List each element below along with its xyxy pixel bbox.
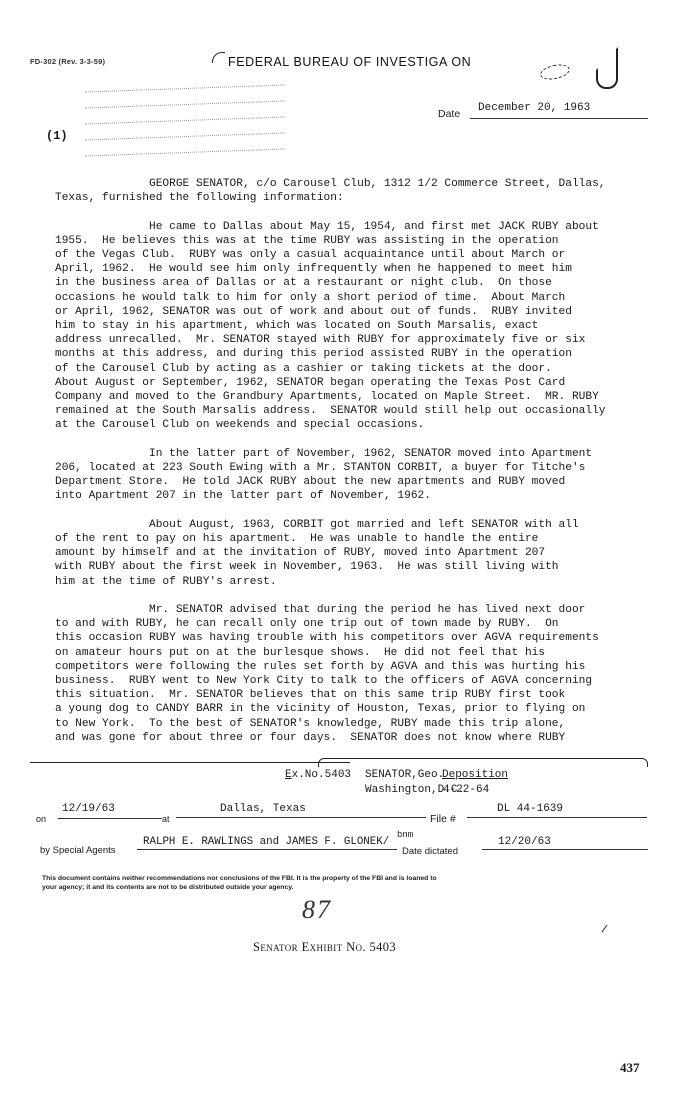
page-number: 437: [620, 1060, 640, 1076]
document-body: GEORGE SENATOR, c/o Carousel Club, 1312 …: [55, 177, 655, 759]
paragraph: In the latter part of November, 1962, SE…: [55, 447, 655, 504]
handwriting-stroke: [85, 149, 285, 158]
text-line: and was gone for about three or four day…: [55, 731, 655, 745]
location-value: Dallas, Texas: [176, 803, 426, 818]
agency-seal-arc: [212, 52, 225, 63]
text-line: at the Carousel Club on weekends and spe…: [55, 418, 655, 432]
paragraph: Mr. SENATOR advised that during the peri…: [55, 603, 655, 745]
text-line: to and with RUBY, he can recall only one…: [55, 617, 655, 631]
section-marker: (1): [46, 129, 68, 143]
agents-label: by Special Agents: [40, 845, 116, 856]
text-line: GEORGE SENATOR, c/o Carousel Club, 1312 …: [55, 177, 655, 191]
handwriting-stroke: [85, 85, 285, 94]
handwriting-stroke: [85, 117, 285, 126]
text-line: of the rent to pay on his apartment. He …: [55, 532, 655, 546]
exhibit-witness: SENATOR,Geo.: [365, 769, 444, 781]
disclaimer-line: This document contains neither recommend…: [42, 874, 682, 883]
text-line: business. RUBY went to New York City to …: [55, 674, 655, 688]
disclaimer-line: your agency; it and its contents are not…: [42, 883, 682, 892]
text-line: with RUBY about the first week in Novemb…: [55, 560, 655, 574]
form-id: FD-302 (Rev. 3-3-59): [30, 57, 105, 66]
text-line: Mr. SENATOR advised that during the peri…: [55, 603, 655, 617]
date-value: December 20, 1963: [470, 102, 648, 119]
text-line: April, 1962. He would see him only infre…: [55, 262, 655, 276]
date-label: Date: [438, 108, 460, 120]
text-line: In the latter part of November, 1962, SE…: [55, 447, 655, 461]
exhibit-number: Ex.No.5403: [285, 769, 351, 782]
text-line: He came to Dallas about May 15, 1954, an…: [55, 220, 655, 234]
handwritten-page-number: 87: [302, 895, 332, 925]
text-line: this situation. Mr. SENATOR believes tha…: [55, 688, 655, 702]
text-line: Department Store. He told JACK RUBY abou…: [55, 475, 655, 489]
interview-date-value: 12/19/63: [58, 803, 162, 819]
text-line: Texas, furnished the following informati…: [55, 191, 655, 205]
text-line: About August, 1963, CORBIT got married a…: [55, 518, 655, 532]
text-line: in the business area of Dallas or at a r…: [55, 276, 655, 290]
text-line: on amateur hours put on at the burlesque…: [55, 646, 655, 660]
text-line: to New York. To the best of SENATOR's kn…: [55, 717, 655, 731]
file-number-label: File #: [430, 813, 456, 825]
paragraph: About August, 1963, CORBIT got married a…: [55, 518, 655, 589]
text-line: About August or September, 1962, SENATOR…: [55, 376, 655, 390]
text-line: a young dog to CANDY BARR in the vicinit…: [55, 702, 655, 716]
text-line: remained at the South Marsalis address. …: [55, 404, 655, 418]
agents-value: RALPH E. RAWLINGS and JAMES F. GLONEK/: [137, 836, 397, 850]
pen-mark: [602, 925, 608, 933]
typist-initials: bnm: [397, 830, 413, 840]
handwritten-oval-mark: [539, 62, 571, 82]
date-dictated-value: 12/20/63: [482, 836, 648, 850]
file-number-value: DL 44-1639: [467, 803, 647, 818]
text-line: amount by himself and at the invitation …: [55, 546, 655, 560]
handwriting-stroke: [85, 101, 285, 110]
location-label: at: [162, 814, 170, 824]
text-line: into Apartment 207 in the latter part of…: [55, 489, 655, 503]
text-line: him to stay in his apartment, which was …: [55, 319, 655, 333]
text-line: months at this address, and during this …: [55, 347, 655, 361]
section-divider: [30, 762, 350, 763]
exhibit-caption: Senator Exhibit No. 5403: [253, 940, 396, 955]
exhibit-date: 4-22-64: [443, 784, 489, 796]
date-dictated-label: Date dictated: [402, 846, 458, 857]
text-line: of the Vegas Club. RUBY was only a casua…: [55, 248, 655, 262]
handwritten-annotation: [85, 74, 285, 168]
exhibit-type: Deposition: [442, 769, 508, 781]
text-line: or April, 1962, SENATOR was out of work …: [55, 305, 655, 319]
text-line: address unrecalled. Mr. SENATOR stayed w…: [55, 333, 655, 347]
text-line: occasions he would talk to him for only …: [55, 291, 655, 305]
text-line: competitors were following the rules set…: [55, 660, 655, 674]
text-line: of the Carousel Club by acting as a cash…: [55, 362, 655, 376]
handwritten-j-mark: [596, 47, 618, 89]
text-line: this occasion RUBY was having trouble wi…: [55, 631, 655, 645]
text-line: 1955. He believes this was at the time R…: [55, 234, 655, 248]
agency-title: FEDERAL BUREAU OF INVESTIGA ON: [228, 55, 471, 69]
text-line: 206, located at 223 South Ewing with a M…: [55, 461, 655, 475]
exhibit-stamp-bracket: [318, 758, 648, 767]
interview-date-label: on: [36, 814, 46, 824]
paragraph: GEORGE SENATOR, c/o Carousel Club, 1312 …: [55, 177, 655, 205]
text-line: him at the time of RUBY's arrest.: [55, 575, 655, 589]
paragraph: He came to Dallas about May 15, 1954, an…: [55, 220, 655, 433]
text-line: Company and moved to the Grandbury Apart…: [55, 390, 655, 404]
handwriting-stroke: [85, 133, 285, 142]
disclaimer: This document contains neither recommend…: [42, 874, 682, 892]
